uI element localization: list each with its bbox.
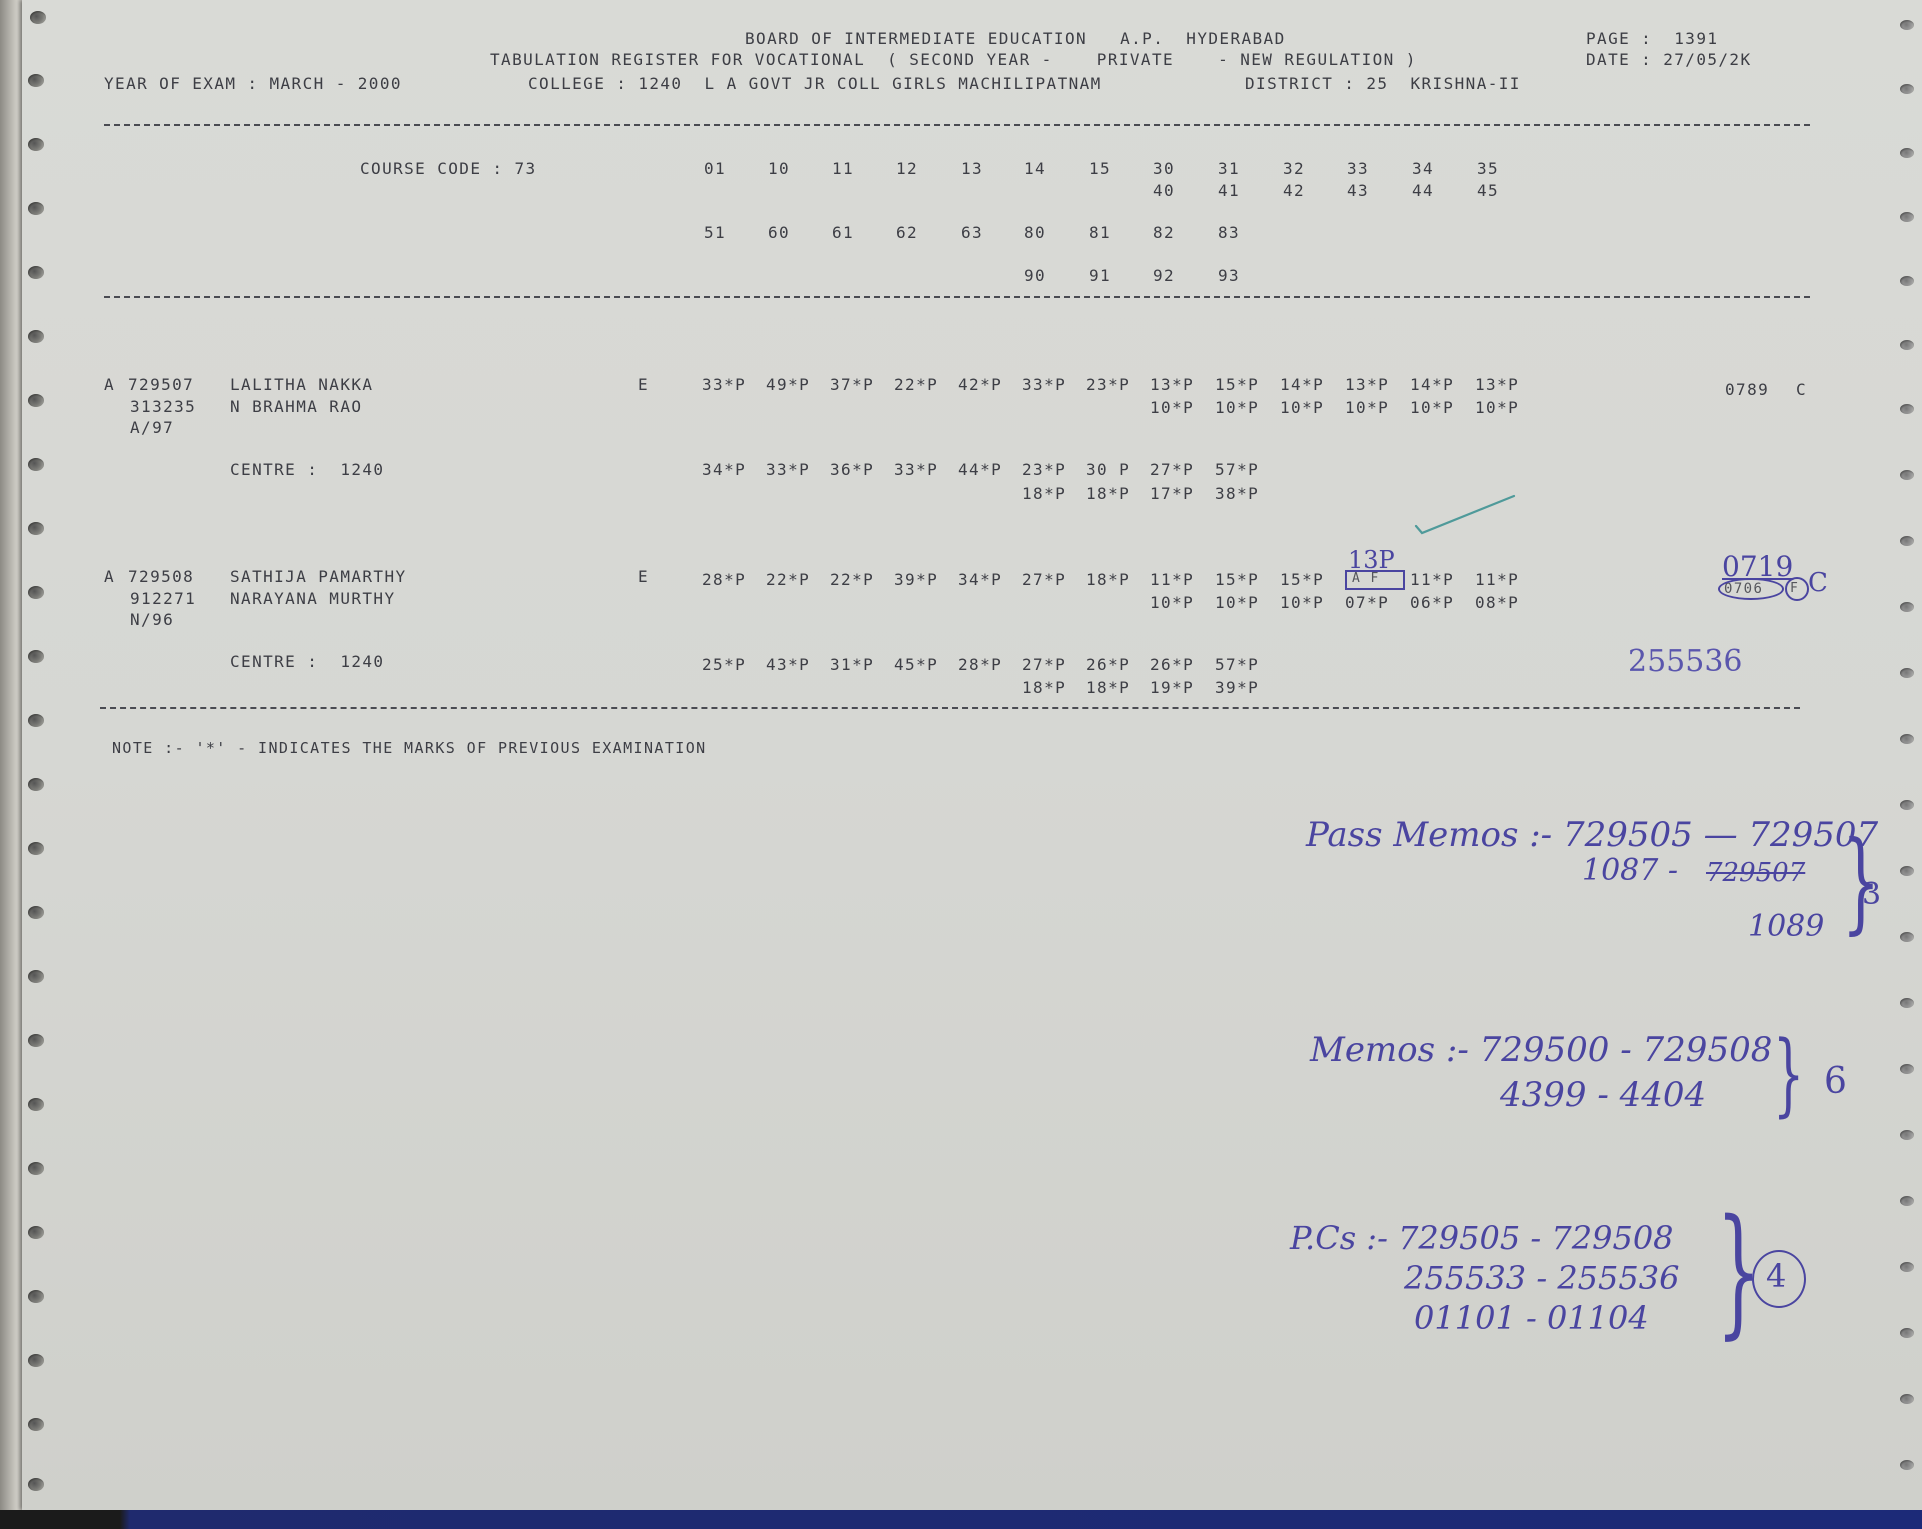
mark: 11*P — [1410, 572, 1454, 588]
mark: 18*P — [1022, 486, 1066, 502]
mark: 17*P — [1150, 486, 1194, 502]
subject-code: 41 — [1218, 183, 1240, 199]
mark: 57*P — [1215, 657, 1259, 673]
sprocket-hole — [28, 714, 44, 727]
sprocket-hole — [1900, 1328, 1914, 1338]
sprocket-hole — [1900, 734, 1914, 744]
pass-memos-line: Pass Memos :- 729505 — 729507 — [1306, 818, 1878, 852]
sprocket-hole — [28, 138, 44, 151]
sprocket-hole — [1900, 1130, 1914, 1140]
page-number: PAGE : 1391 — [1586, 31, 1718, 47]
mark: 28*P — [702, 572, 746, 588]
mark: 22*P — [766, 572, 810, 588]
mark: 22*P — [830, 572, 874, 588]
student-name: SATHIJA PAMARTHY — [230, 569, 407, 585]
subject-code: 61 — [832, 225, 854, 241]
mark: 27*P — [1150, 462, 1194, 478]
pass-memos-line: 1087 - — [1582, 856, 1678, 886]
subject-code: 12 — [896, 161, 918, 177]
sprocket-hole — [1900, 932, 1914, 942]
mark: 44*P — [958, 462, 1002, 478]
father-name: N BRAHMA RAO — [230, 399, 362, 415]
sprocket-hole — [28, 458, 44, 471]
medium-code: E — [638, 569, 649, 585]
year-of-exam: YEAR OF EXAM : MARCH - 2000 — [104, 76, 402, 92]
mark: 39*P — [1215, 680, 1259, 696]
sprocket-hole — [1900, 1394, 1914, 1404]
subject-code: 45 — [1477, 183, 1499, 199]
subject-code: 81 — [1089, 225, 1111, 241]
mark: 13*P — [1475, 377, 1519, 393]
sprocket-hole — [1900, 276, 1914, 286]
mark: 33*P — [702, 377, 746, 393]
sprocket-hole — [28, 74, 44, 87]
subject-code: 14 — [1024, 161, 1046, 177]
subject-code: 51 — [704, 225, 726, 241]
mark: 10*P — [1215, 595, 1259, 611]
registration-number: 313235 — [130, 399, 196, 415]
sprocket-hole — [28, 842, 44, 855]
mark: 10*P — [1410, 400, 1454, 416]
mark: 10*P — [1280, 400, 1324, 416]
mark: 37*P — [830, 377, 874, 393]
struck-out-number: 729507 — [1706, 860, 1805, 886]
sprocket-hole — [1900, 404, 1914, 414]
pass-memos-count: 3 — [1862, 880, 1881, 910]
sprocket-hole — [28, 1290, 44, 1303]
subject-code: 63 — [961, 225, 983, 241]
total-marks: 0789 — [1725, 382, 1769, 398]
subject-code: 31 — [1218, 161, 1240, 177]
sprocket-hole — [28, 1034, 44, 1047]
mark: 11*P — [1150, 572, 1194, 588]
mark: 10*P — [1215, 400, 1259, 416]
mark: 10*P — [1475, 400, 1519, 416]
sprocket-hole — [30, 11, 46, 24]
mark: 10*P — [1150, 595, 1194, 611]
sprocket-hole — [1900, 866, 1914, 876]
mark: 11*P — [1475, 572, 1519, 588]
sprocket-hole — [28, 778, 44, 791]
handwritten-result: C — [1808, 570, 1828, 596]
sprocket-hole — [28, 330, 44, 343]
sprocket-hole — [28, 202, 44, 215]
sprocket-hole — [28, 906, 44, 919]
desk-surface — [0, 1510, 1922, 1529]
check-mark-icon — [1410, 490, 1520, 550]
subject-code: 90 — [1024, 268, 1046, 284]
mark: 23*P — [1086, 377, 1130, 393]
handwritten-correction: 13P — [1348, 548, 1395, 572]
sprocket-hole — [28, 1226, 44, 1239]
subject-code: 10 — [768, 161, 790, 177]
sprocket-hole — [28, 1098, 44, 1111]
sprocket-hole — [1900, 20, 1914, 30]
subject-code: 60 — [768, 225, 790, 241]
mark: 33*P — [766, 462, 810, 478]
divider-line — [104, 124, 1810, 126]
print-date: DATE : 27/05/2K — [1586, 52, 1752, 68]
sprocket-hole — [28, 586, 44, 599]
mark: 18*P — [1022, 680, 1066, 696]
mark: 31*P — [830, 657, 874, 673]
exam-centre: CENTRE : 1240 — [230, 462, 384, 478]
subject-code: 13 — [961, 161, 983, 177]
mark: 25*P — [702, 657, 746, 673]
mark: 13*P — [1345, 377, 1389, 393]
exam-centre: CENTRE : 1240 — [230, 654, 384, 670]
brace-icon: } — [1773, 1030, 1804, 1120]
subject-code: 33 — [1347, 161, 1369, 177]
mark: 39*P — [894, 572, 938, 588]
pcs-line: 01101 - 01104 — [1414, 1302, 1649, 1334]
subject-code: 40 — [1153, 183, 1175, 199]
mark: 42*P — [958, 377, 1002, 393]
mark: 57*P — [1215, 462, 1259, 478]
hall-ticket-number: 729507 — [128, 377, 194, 393]
batch-code: A/97 — [130, 420, 174, 436]
sprocket-hole — [28, 1418, 44, 1431]
mark: 23*P — [1022, 462, 1066, 478]
divider-line — [100, 707, 1800, 709]
mark: 10*P — [1345, 400, 1389, 416]
mark: 26*P — [1150, 657, 1194, 673]
mark: 28*P — [958, 657, 1002, 673]
district-info: DISTRICT : 25 KRISHNA-II — [1245, 76, 1521, 92]
mark: 08*P — [1475, 595, 1519, 611]
sprocket-hole — [1900, 668, 1914, 678]
memos-line: 4399 - 4404 — [1500, 1078, 1706, 1112]
footnote: NOTE :- '*' - INDICATES THE MARKS OF PRE… — [112, 741, 707, 756]
sprocket-hole — [28, 1478, 44, 1491]
register-title: TABULATION REGISTER FOR VOCATIONAL ( SEC… — [490, 52, 1417, 68]
pass-memos-line: 1089 — [1748, 912, 1824, 942]
sprocket-hole — [1900, 1196, 1914, 1206]
subject-code: 62 — [896, 225, 918, 241]
sprocket-hole — [1900, 148, 1914, 158]
mark: 34*P — [958, 572, 1002, 588]
mark: 22*P — [894, 377, 938, 393]
sprocket-hole — [28, 522, 44, 535]
subject-code: 32 — [1283, 161, 1305, 177]
sprocket-hole — [1900, 536, 1914, 546]
sprocket-hole — [1900, 1460, 1914, 1470]
subject-code: 43 — [1347, 183, 1369, 199]
mark: 33*P — [1022, 377, 1066, 393]
mark: 10*P — [1280, 595, 1324, 611]
mark: 06*P — [1410, 595, 1454, 611]
sprocket-hole — [28, 394, 44, 407]
mark: 27*P — [1022, 657, 1066, 673]
subject-code: 30 — [1153, 161, 1175, 177]
mark: 38*P — [1215, 486, 1259, 502]
subject-code: 11 — [832, 161, 854, 177]
pcs-count: 4 — [1766, 1260, 1786, 1292]
mark: 26*P — [1086, 657, 1130, 673]
mark: 43*P — [766, 657, 810, 673]
subject-code: 80 — [1024, 225, 1046, 241]
mark: 07*P — [1345, 595, 1389, 611]
mark: 18*P — [1086, 572, 1130, 588]
mark: 30 P — [1086, 462, 1130, 478]
handwritten-serial: 255536 — [1628, 647, 1743, 677]
sprocket-hole — [1900, 998, 1914, 1008]
mark: 15*P — [1280, 572, 1324, 588]
subject-code: 01 — [704, 161, 726, 177]
mark: 33*P — [894, 462, 938, 478]
subject-code: 44 — [1412, 183, 1434, 199]
subject-code: 42 — [1283, 183, 1305, 199]
mark: 13*P — [1150, 377, 1194, 393]
sprocket-hole — [28, 1354, 44, 1367]
sprocket-hole — [1900, 84, 1914, 94]
sprocket-hole — [1900, 602, 1914, 612]
father-name: NARAYANA MURTHY — [230, 591, 396, 607]
sprocket-hole — [1900, 1064, 1914, 1074]
handwritten-total: 0719 — [1722, 553, 1793, 581]
medium-code: E — [638, 377, 649, 393]
subject-code: 15 — [1089, 161, 1111, 177]
batch-code: N/96 — [130, 612, 174, 628]
board-title: BOARD OF INTERMEDIATE EDUCATION A.P. HYD… — [745, 31, 1286, 47]
student-name: LALITHA NAKKA — [230, 377, 373, 393]
mark: 14*P — [1410, 377, 1454, 393]
circled-result — [1785, 577, 1809, 601]
mark: 15*P — [1215, 377, 1259, 393]
memos-line: Memos :- 729500 - 729508 — [1310, 1033, 1772, 1067]
subject-code: 93 — [1218, 268, 1240, 284]
mark: 15*P — [1215, 572, 1259, 588]
subject-code: 92 — [1153, 268, 1175, 284]
hall-ticket-number: 729508 — [128, 569, 194, 585]
mark: 45*P — [894, 657, 938, 673]
result-code: C — [1796, 382, 1807, 398]
sprocket-hole — [1900, 800, 1914, 810]
mark: 49*P — [766, 377, 810, 393]
mark: 18*P — [1086, 680, 1130, 696]
mark: 18*P — [1086, 486, 1130, 502]
sprocket-hole — [1900, 1262, 1914, 1272]
record-prefix: A — [104, 377, 115, 393]
subject-code: 83 — [1218, 225, 1240, 241]
mark: 27*P — [1022, 572, 1066, 588]
sprocket-hole — [1900, 212, 1914, 222]
divider-line — [104, 296, 1810, 298]
pcs-line: 255533 - 255536 — [1404, 1262, 1679, 1294]
sprocket-hole — [28, 1162, 44, 1175]
sprocket-hole — [28, 266, 44, 279]
course-code-label: COURSE CODE : 73 — [360, 161, 537, 177]
subject-code: 35 — [1477, 161, 1499, 177]
mark: 36*P — [830, 462, 874, 478]
sprocket-hole — [28, 650, 44, 663]
sprocket-hole — [28, 970, 44, 983]
subject-code: 91 — [1089, 268, 1111, 284]
subject-code: 34 — [1412, 161, 1434, 177]
mark: 19*P — [1150, 680, 1194, 696]
sprocket-hole — [1900, 470, 1914, 480]
subject-code: 82 — [1153, 225, 1175, 241]
mark: 14*P — [1280, 377, 1324, 393]
sprocket-hole — [1900, 340, 1914, 350]
college-info: COLLEGE : 1240 L A GOVT JR COLL GIRLS MA… — [528, 76, 1102, 92]
registration-number: 912271 — [130, 591, 196, 607]
record-prefix: A — [104, 569, 115, 585]
pcs-line: P.Cs :- 729505 - 729508 — [1290, 1222, 1674, 1254]
mark: 10*P — [1150, 400, 1194, 416]
mark: 34*P — [702, 462, 746, 478]
memos-count: 6 — [1824, 1064, 1847, 1100]
